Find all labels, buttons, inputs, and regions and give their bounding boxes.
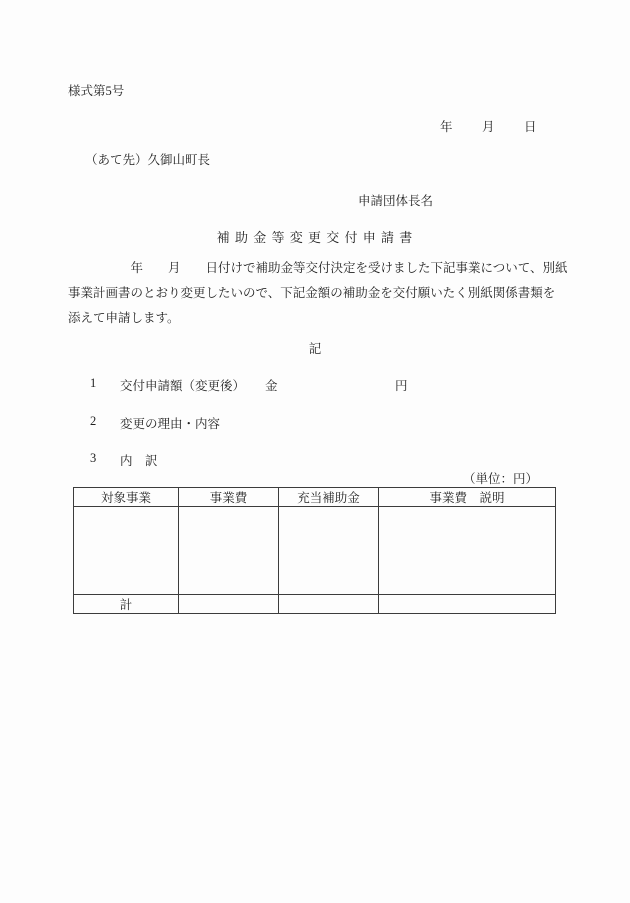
- unit-note: （単位：円）: [463, 469, 538, 487]
- item-label: 変更の理由・内容: [120, 414, 220, 432]
- table-body-cell: [74, 507, 179, 595]
- table-body-cell: [179, 507, 279, 595]
- table-total-cell: [379, 595, 556, 614]
- item-breakdown: 3 内 訳: [0, 451, 630, 467]
- breakdown-table: 対象事業 事業費 充当補助金 事業費 説明 計: [73, 487, 556, 614]
- item-number: 1: [90, 376, 96, 391]
- table-header-cell-target-project: 対象事業: [74, 488, 179, 507]
- amount-unit-label: 円: [395, 376, 408, 394]
- table-body-cell: [379, 507, 556, 595]
- item-label: 内 訳: [120, 451, 158, 469]
- table-header-cell-cost-description: 事業費 説明: [379, 488, 556, 507]
- table-body-row: [74, 507, 556, 595]
- table-total-cell: [279, 595, 379, 614]
- item-number: 3: [90, 451, 96, 466]
- table-header-cell-project-cost: 事業費: [179, 488, 279, 507]
- document-page: 様式第5号 年 月 日 （あて先）久御山町長 申請団体長名 補 助 金 等 変 …: [0, 0, 630, 903]
- document-title: 補 助 金 等 変 更 交 付 申 請 書: [0, 227, 630, 246]
- body-line: 添えて申請します。: [68, 306, 562, 331]
- table-header-cell-allocated-subsidy: 充当補助金: [279, 488, 379, 507]
- table-total-row: 計: [74, 595, 556, 614]
- applicant-name-label: 申請団体長名: [358, 191, 433, 209]
- table-total-label-cell: 計: [74, 595, 179, 614]
- table-body-cell: [279, 507, 379, 595]
- addressee: （あて先）久御山町長: [85, 150, 210, 168]
- body-paragraph: 年 月 日付けで補助金等交付決定を受けました下記事業について、別紙 事業計画書の…: [68, 256, 562, 331]
- date-line: 年 月 日: [440, 117, 538, 135]
- item-label: 交付申請額（変更後）: [120, 376, 245, 394]
- table-total-cell: [179, 595, 279, 614]
- item-grant-amount: 1 交付申請額（変更後） 金 円: [0, 376, 630, 392]
- body-line: 事業計画書のとおり変更したいので、下記金額の補助金を交付願いたく別紙関係書類を: [68, 281, 562, 306]
- table-header-row: 対象事業 事業費 充当補助金 事業費 説明: [74, 488, 556, 507]
- form-number: 様式第5号: [68, 81, 124, 99]
- item-change-reason: 2 変更の理由・内容: [0, 414, 630, 430]
- remark-marker: 記: [0, 339, 630, 357]
- body-line: 年 月 日付けで補助金等交付決定を受けました下記事業について、別紙: [68, 256, 562, 281]
- item-number: 2: [90, 414, 96, 429]
- amount-prefix-label: 金: [265, 376, 278, 394]
